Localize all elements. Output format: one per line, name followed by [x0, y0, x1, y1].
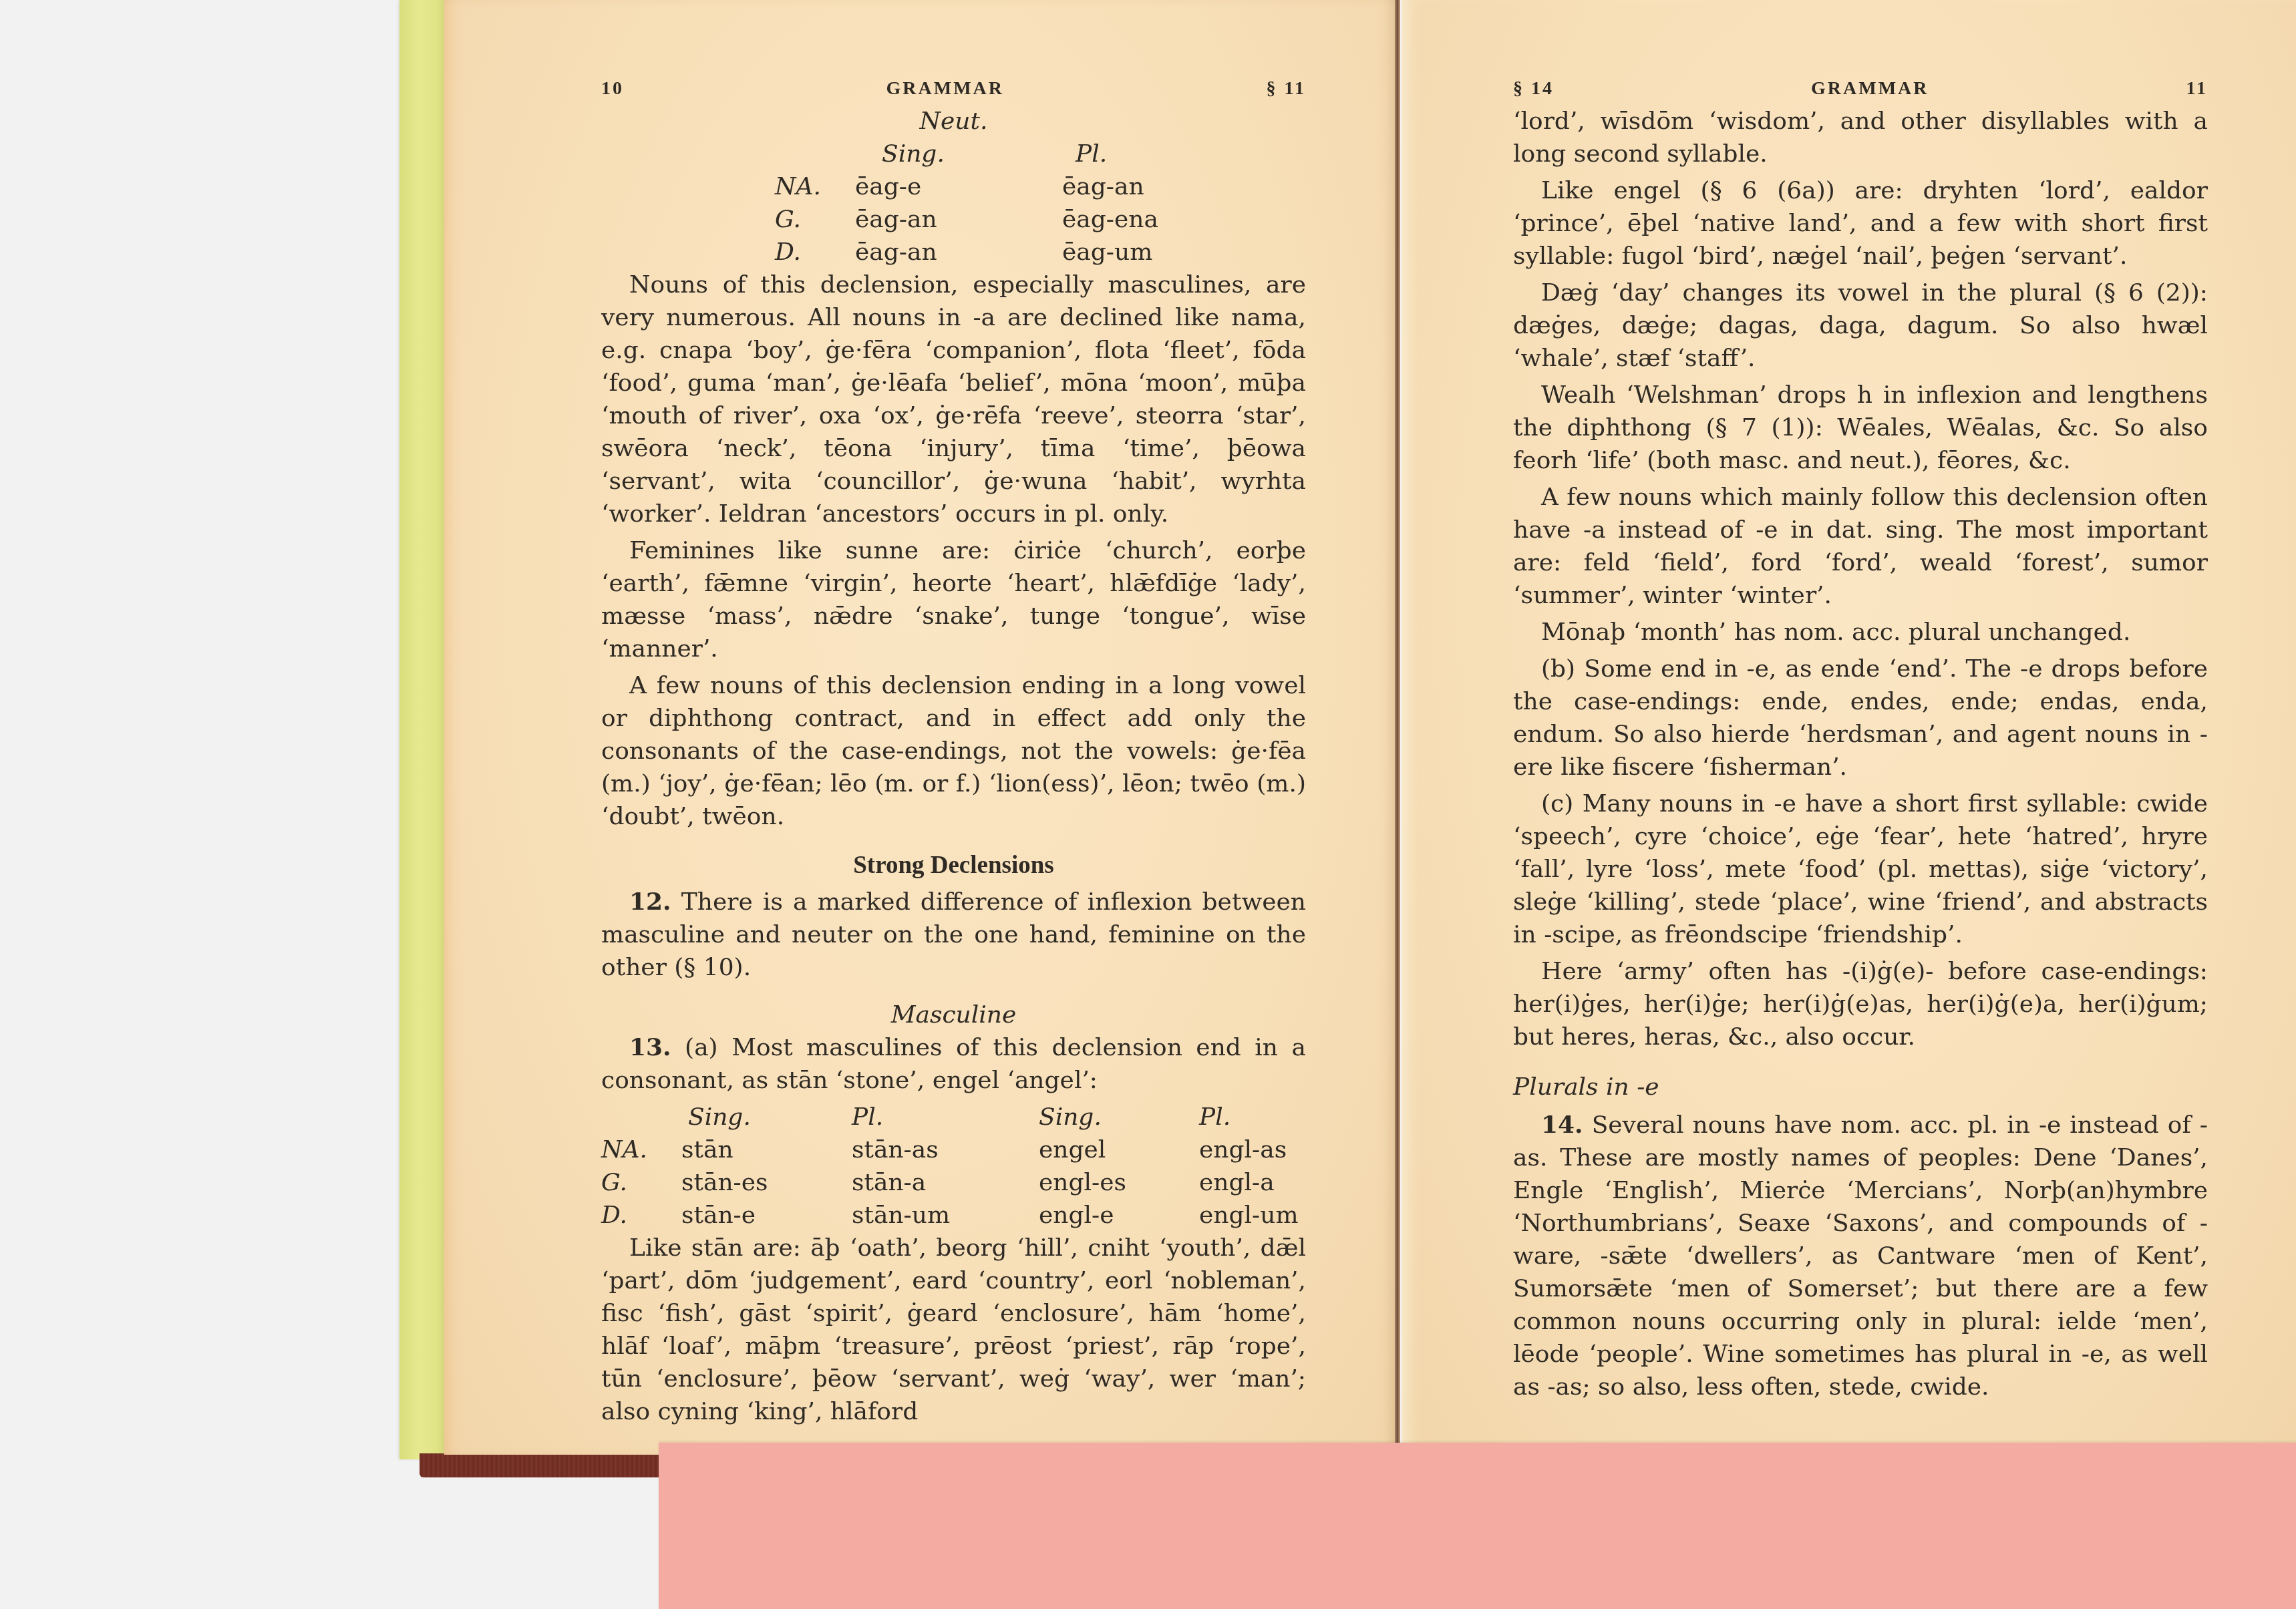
right-page-text-column: § 14 GRAMMAR 11 ‘lord’, wīsdōm ‘wisdom’,… [1513, 72, 2208, 1407]
table-cell: engl-e [1039, 1199, 1199, 1232]
subheading: Masculine [601, 999, 1306, 1031]
table-cell: ēag-an [855, 203, 1062, 236]
table-cell: stān-um [852, 1199, 1039, 1232]
paragraph-text: There is a marked difference of inflexio… [601, 888, 1306, 981]
right-running-head: § 14 GRAMMAR 11 [1513, 72, 2208, 105]
case-label: D. [601, 1199, 681, 1232]
pink-paper-sheet [659, 1443, 2296, 1609]
table-cell: ēag-an [1062, 170, 1158, 203]
section-marker: § 14 [1513, 72, 1554, 105]
section-marker: § 11 [1267, 72, 1306, 105]
paragraph: Wealh ‘Welshman’ drops h in inflexion an… [1513, 379, 2208, 477]
column-header: Pl. [852, 1101, 1039, 1133]
table-row: D. stān-e stān-um engl-e engl-um [601, 1199, 1306, 1232]
table-cell: engl-um [1199, 1199, 1306, 1232]
table-cell: engl-as [1199, 1133, 1306, 1166]
table-cell: stān-a [852, 1166, 1039, 1199]
paragraph: Like stān are: āþ ‘oath’, beorg ‘hill’, … [601, 1232, 1306, 1428]
column-header: Sing. [681, 1101, 852, 1133]
paragraph-12: 12. There is a marked difference of infl… [601, 886, 1306, 984]
book-gutter [1395, 0, 1400, 1455]
paragraph: Feminines like sunne are: ċiriċe ‘church… [601, 534, 1306, 665]
table-row: D. ēag-an ēag-um [775, 236, 1158, 269]
table-row: G. stān-es stān-a engl-es engl-a [601, 1166, 1306, 1199]
column-header: Pl. [1199, 1101, 1306, 1133]
left-running-head: 10 GRAMMAR § 11 [601, 72, 1306, 105]
paragraph: Like engel (§ 6 (6a)) are: dryhten ‘lord… [1513, 174, 2208, 273]
paragraph: (c) Many nouns in -e have a short first … [1513, 787, 2208, 951]
left-page: 10 GRAMMAR § 11 Neut. Sing. Pl. NA. ēag-… [444, 0, 1398, 1455]
table-cell: engel [1039, 1133, 1199, 1166]
paragraph-text: Several nouns have nom. acc. pl. in -e i… [1513, 1111, 2208, 1401]
case-label: G. [601, 1166, 681, 1199]
running-title: GRAMMAR [886, 72, 1005, 105]
running-title: GRAMMAR [1811, 72, 1929, 105]
page-number: 10 [601, 72, 624, 105]
paragraph: A few nouns of this declension ending in… [601, 669, 1306, 833]
table-row: NA. stān stān-as engel engl-as [601, 1133, 1306, 1166]
paragraph: Here ‘army’ often has -(i)ġ(e)- before c… [1513, 955, 2208, 1053]
right-page: § 14 GRAMMAR 11 ‘lord’, wīsdōm ‘wisdom’,… [1402, 0, 2296, 1455]
neut-table-title: Neut. [601, 105, 1306, 138]
paragraph: Mōnaþ ‘month’ has nom. acc. plural uncha… [1513, 616, 2208, 649]
subheading: Plurals in -e [1513, 1071, 2208, 1103]
paragraph-text: (a) Most masculines of this declension e… [601, 1034, 1306, 1094]
case-label: NA. [601, 1133, 681, 1166]
table-cell: engl-a [1199, 1166, 1306, 1199]
table-header-row: Sing. Pl. Sing. Pl. [601, 1101, 1306, 1133]
column-header: Sing. [855, 138, 1062, 170]
case-label: D. [775, 236, 855, 269]
left-page-text-column: 10 GRAMMAR § 11 Neut. Sing. Pl. NA. ēag-… [601, 72, 1306, 1432]
paragraph-14: 14. Several nouns have nom. acc. pl. in … [1513, 1109, 2208, 1403]
paragraph-13: 13. (a) Most masculines of this declensi… [601, 1031, 1306, 1097]
case-label: G. [775, 203, 855, 236]
paragraph-number: 14. [1541, 1111, 1583, 1139]
paragraph: Dæġ ‘day’ changes its vowel in the plura… [1513, 277, 2208, 375]
paragraph-number: 13. [629, 1033, 671, 1061]
table-cell: ēag-um [1062, 236, 1158, 269]
table-row: G. ēag-an ēag-ena [775, 203, 1158, 236]
paragraph: Nouns of this declension, especially mas… [601, 269, 1306, 530]
book-cover-edge [399, 0, 446, 1459]
book-spine-binding [420, 1453, 660, 1477]
column-header: Sing. [1039, 1101, 1199, 1133]
section-heading: Strong Declensions [601, 849, 1306, 882]
paragraph: A few nouns which mainly follow this dec… [1513, 481, 2208, 612]
table-cell: engl-es [1039, 1166, 1199, 1199]
table-cell: ēag-an [855, 236, 1062, 269]
case-label: NA. [775, 170, 855, 203]
table-cell: ēag-e [855, 170, 1062, 203]
table-cell: stān [681, 1133, 852, 1166]
table-cell: stān-as [852, 1133, 1039, 1166]
table-cell: ēag-ena [1062, 203, 1158, 236]
table-header-row: Sing. Pl. [775, 138, 1158, 170]
table-row: NA. ēag-e ēag-an [775, 170, 1158, 203]
paragraph: ‘lord’, wīsdōm ‘wisdom’, and other disyl… [1513, 105, 2208, 170]
table-cell: stān-e [681, 1199, 852, 1232]
page-number: 11 [2186, 72, 2208, 105]
paragraph-number: 12. [629, 888, 671, 916]
masc-declension-table: Sing. Pl. Sing. Pl. NA. stān stān-as eng… [601, 1101, 1306, 1232]
table-cell: stān-es [681, 1166, 852, 1199]
paragraph: (b) Some end in -e, as ende ‘end’. The -… [1513, 653, 2208, 783]
column-header: Pl. [1062, 138, 1158, 170]
neut-declension-table: Sing. Pl. NA. ēag-e ēag-an G. ēag-an ēag… [775, 138, 1158, 269]
